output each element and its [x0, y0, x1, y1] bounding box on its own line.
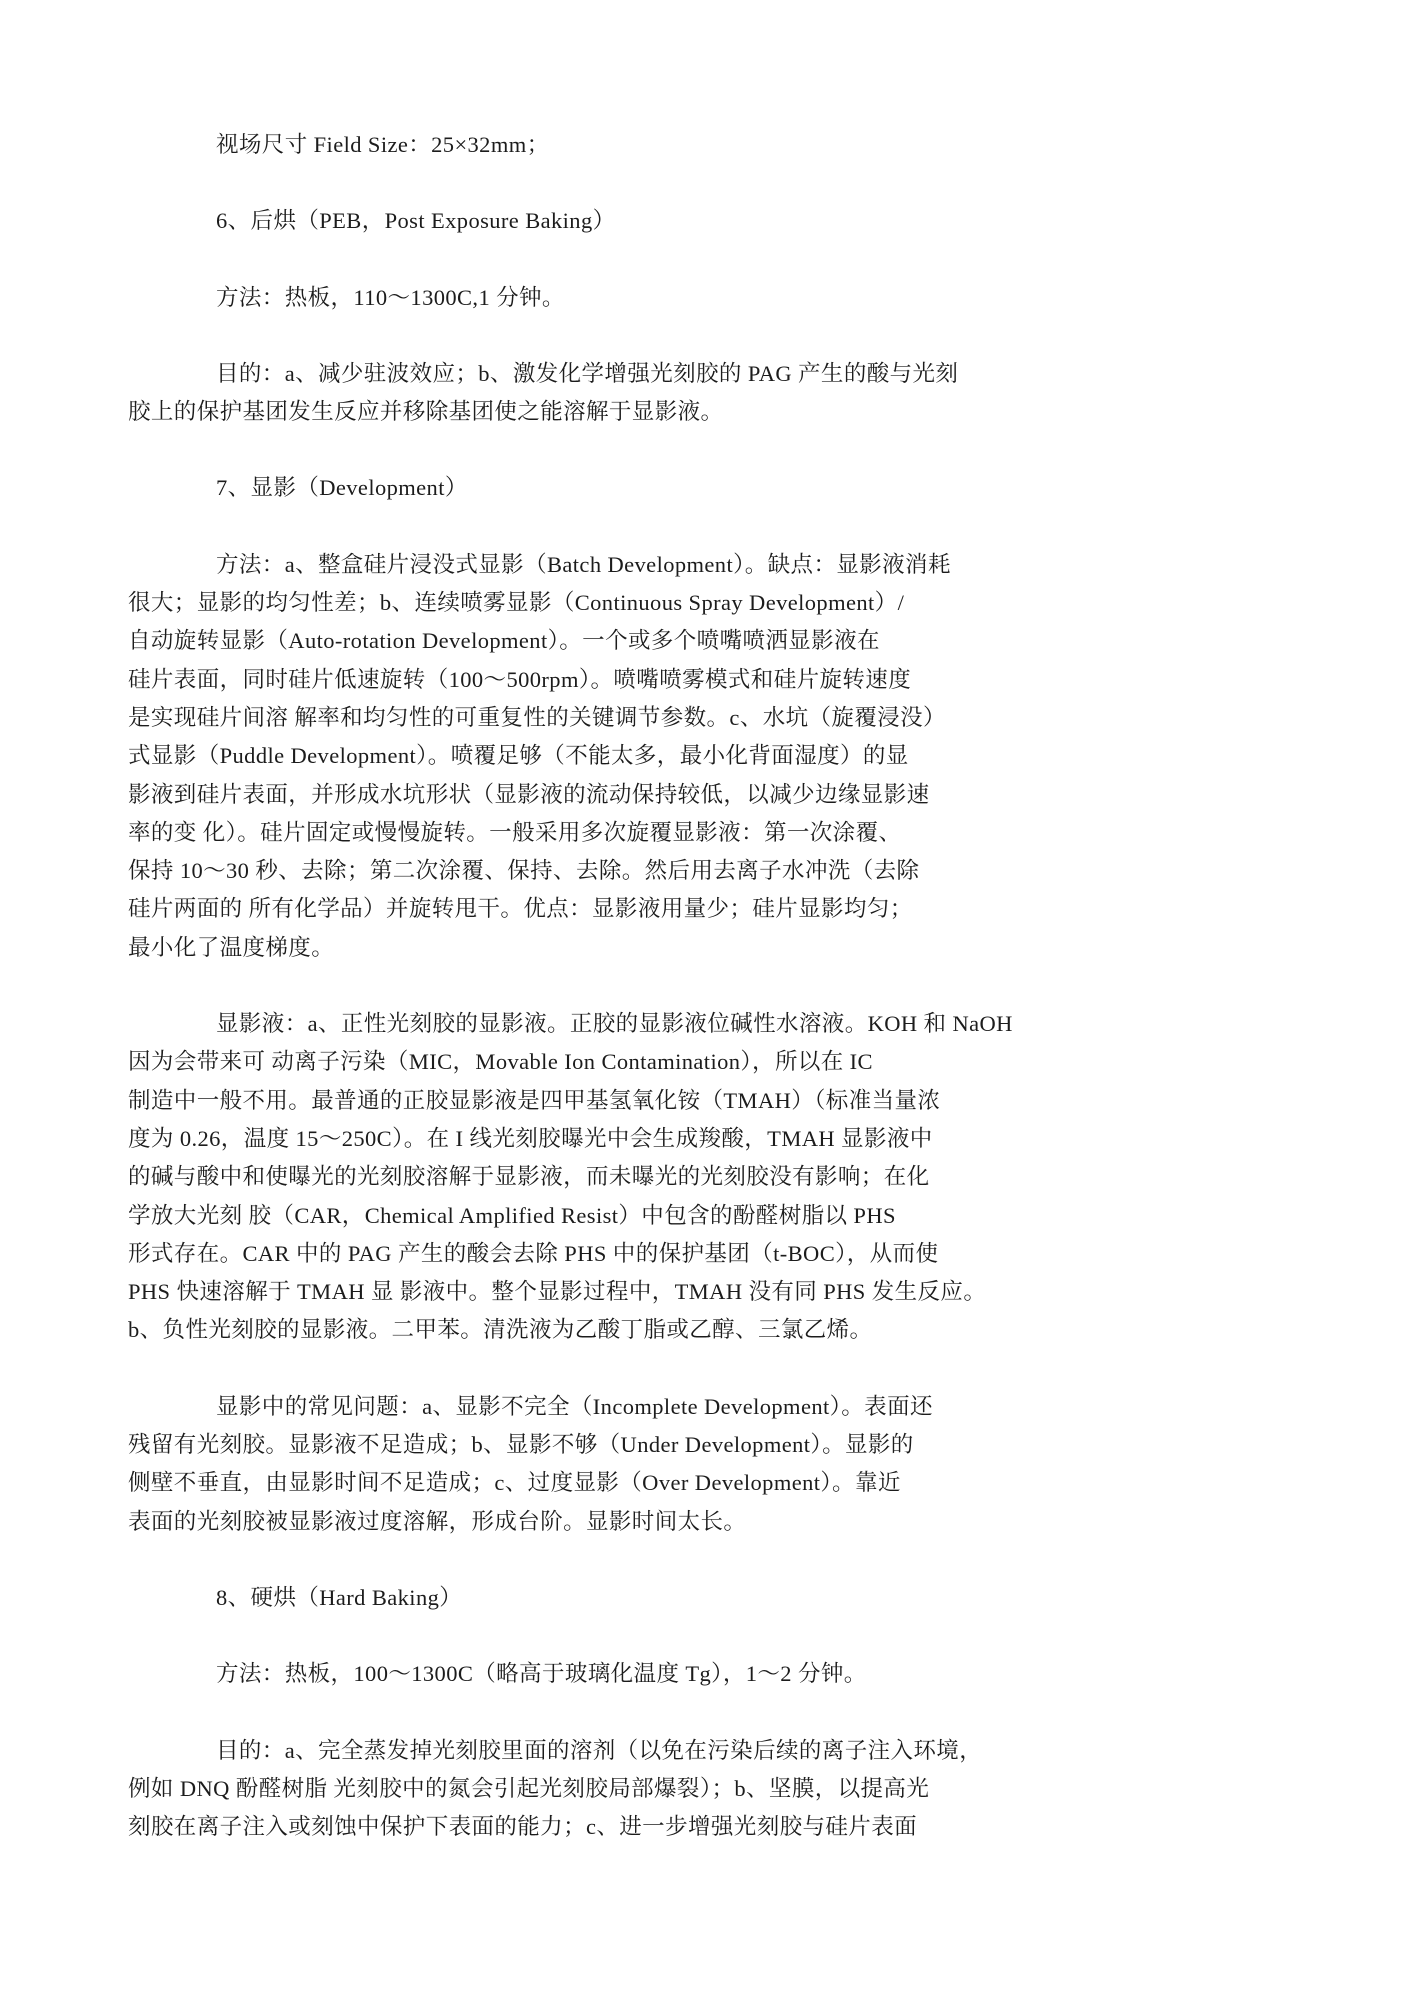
text-line: 胶上的保护基团发生反应并移除基团使之能溶解于显影液。	[128, 393, 1303, 431]
text-line: 目的：a、减少驻波效应；b、激发化学增强光刻胶的 PAG 产生的酸与光刻	[128, 355, 1303, 393]
text-line: 形式存在。CAR 中的 PAG 产生的酸会去除 PHS 中的保护基团（t-BOC…	[128, 1235, 1303, 1273]
text-line: 例如 DNQ 酚醛树脂 光刻胶中的氮会引起光刻胶局部爆裂）；b、坚膜，以提高光	[128, 1770, 1303, 1808]
document-page: 视场尺寸 Field Size：25×32mm；6、后烘（PEB，Post Ex…	[0, 0, 1414, 2000]
text-line: 很大；显影的均匀性差；b、连续喷雾显影（Continuous Spray Dev…	[128, 584, 1303, 622]
paragraph: 目的：a、减少驻波效应；b、激发化学增强光刻胶的 PAG 产生的酸与光刻胶上的保…	[128, 355, 1303, 432]
paragraph: 方法：热板，110～1300C,1 分钟。	[128, 279, 1303, 317]
text-line: 显影中的常见问题：a、显影不完全（Incomplete Development）…	[128, 1388, 1303, 1426]
text-line: 7、显影（Development）	[128, 469, 1303, 507]
text-line: 率的变 化）。硅片固定或慢慢旋转。一般采用多次旋覆显影液：第一次涂覆、	[128, 814, 1303, 852]
paragraph: 视场尺寸 Field Size：25×32mm；	[128, 126, 1303, 164]
text-line: 方法：热板，100～1300C（略高于玻璃化温度 Tg），1～2 分钟。	[128, 1655, 1303, 1693]
text-line: 刻胶在离子注入或刻蚀中保护下表面的能力；c、进一步增强光刻胶与硅片表面	[128, 1808, 1303, 1846]
text-line: 硅片两面的 所有化学品）并旋转甩干。优点：显影液用量少；硅片显影均匀；	[128, 890, 1303, 928]
text-line: 6、后烘（PEB，Post Exposure Baking）	[128, 202, 1303, 240]
text-line: 硅片表面，同时硅片低速旋转（100～500rpm）。喷嘴喷雾模式和硅片旋转速度	[128, 661, 1303, 699]
paragraph: 显影中的常见问题：a、显影不完全（Incomplete Development）…	[128, 1388, 1303, 1541]
text-line: 因为会带来可 动离子污染（MIC，Movable Ion Contaminati…	[128, 1043, 1303, 1081]
text-block: 视场尺寸 Field Size：25×32mm；6、后烘（PEB，Post Ex…	[128, 126, 1303, 1884]
text-line: 侧壁不垂直，由显影时间不足造成；c、过度显影（Over Development）…	[128, 1464, 1303, 1502]
text-line: 是实现硅片间溶 解率和均匀性的可重复性的关键调节参数。c、水坑（旋覆浸没）	[128, 699, 1303, 737]
text-line: 表面的光刻胶被显影液过度溶解，形成台阶。显影时间太长。	[128, 1503, 1303, 1541]
text-line: 影液到硅片表面，并形成水坑形状（显影液的流动保持较低，以减少边缘显影速	[128, 776, 1303, 814]
section-heading: 7、显影（Development）	[128, 469, 1303, 507]
paragraph: 显影液：a、正性光刻胶的显影液。正胶的显影液位碱性水溶液。KOH 和 NaOH因…	[128, 1005, 1303, 1350]
text-line: 最小化了温度梯度。	[128, 929, 1303, 967]
text-line: 学放大光刻 胶（CAR，Chemical Amplified Resist）中包…	[128, 1197, 1303, 1235]
text-line: 方法：a、整盒硅片浸没式显影（Batch Development）。缺点：显影液…	[128, 546, 1303, 584]
paragraph: 方法：热板，100～1300C（略高于玻璃化温度 Tg），1～2 分钟。	[128, 1655, 1303, 1693]
text-line: 残留有光刻胶。显影液不足造成；b、显影不够（Under Development）…	[128, 1426, 1303, 1464]
text-line: 8、硬烘（Hard Baking）	[128, 1579, 1303, 1617]
text-line: 式显影（Puddle Development）。喷覆足够（不能太多，最小化背面湿…	[128, 737, 1303, 775]
paragraph: 方法：a、整盒硅片浸没式显影（Batch Development）。缺点：显影液…	[128, 546, 1303, 967]
section-heading: 8、硬烘（Hard Baking）	[128, 1579, 1303, 1617]
text-line: 自动旋转显影（Auto-rotation Development）。一个或多个喷…	[128, 622, 1303, 660]
text-line: b、负性光刻胶的显影液。二甲苯。清洗液为乙酸丁脂或乙醇、三氯乙烯。	[128, 1311, 1303, 1349]
text-line: PHS 快速溶解于 TMAH 显 影液中。整个显影过程中，TMAH 没有同 PH…	[128, 1273, 1303, 1311]
text-line: 的碱与酸中和使曝光的光刻胶溶解于显影液，而未曝光的光刻胶没有影响；在化	[128, 1158, 1303, 1196]
text-line: 度为 0.26，温度 15～250C）。在 I 线光刻胶曝光中会生成羧酸，TMA…	[128, 1120, 1303, 1158]
text-line: 方法：热板，110～1300C,1 分钟。	[128, 279, 1303, 317]
section-heading: 6、后烘（PEB，Post Exposure Baking）	[128, 202, 1303, 240]
text-line: 目的：a、完全蒸发掉光刻胶里面的溶剂（以免在污染后续的离子注入环境，	[128, 1732, 1303, 1770]
text-line: 保持 10～30 秒、去除；第二次涂覆、保持、去除。然后用去离子水冲洗（去除	[128, 852, 1303, 890]
paragraph: 目的：a、完全蒸发掉光刻胶里面的溶剂（以免在污染后续的离子注入环境，例如 DNQ…	[128, 1732, 1303, 1847]
text-line: 制造中一般不用。最普通的正胶显影液是四甲基氢氧化铵（TMAH）（标准当量浓	[128, 1082, 1303, 1120]
text-line: 视场尺寸 Field Size：25×32mm；	[128, 126, 1303, 164]
text-line: 显影液：a、正性光刻胶的显影液。正胶的显影液位碱性水溶液。KOH 和 NaOH	[128, 1005, 1303, 1043]
